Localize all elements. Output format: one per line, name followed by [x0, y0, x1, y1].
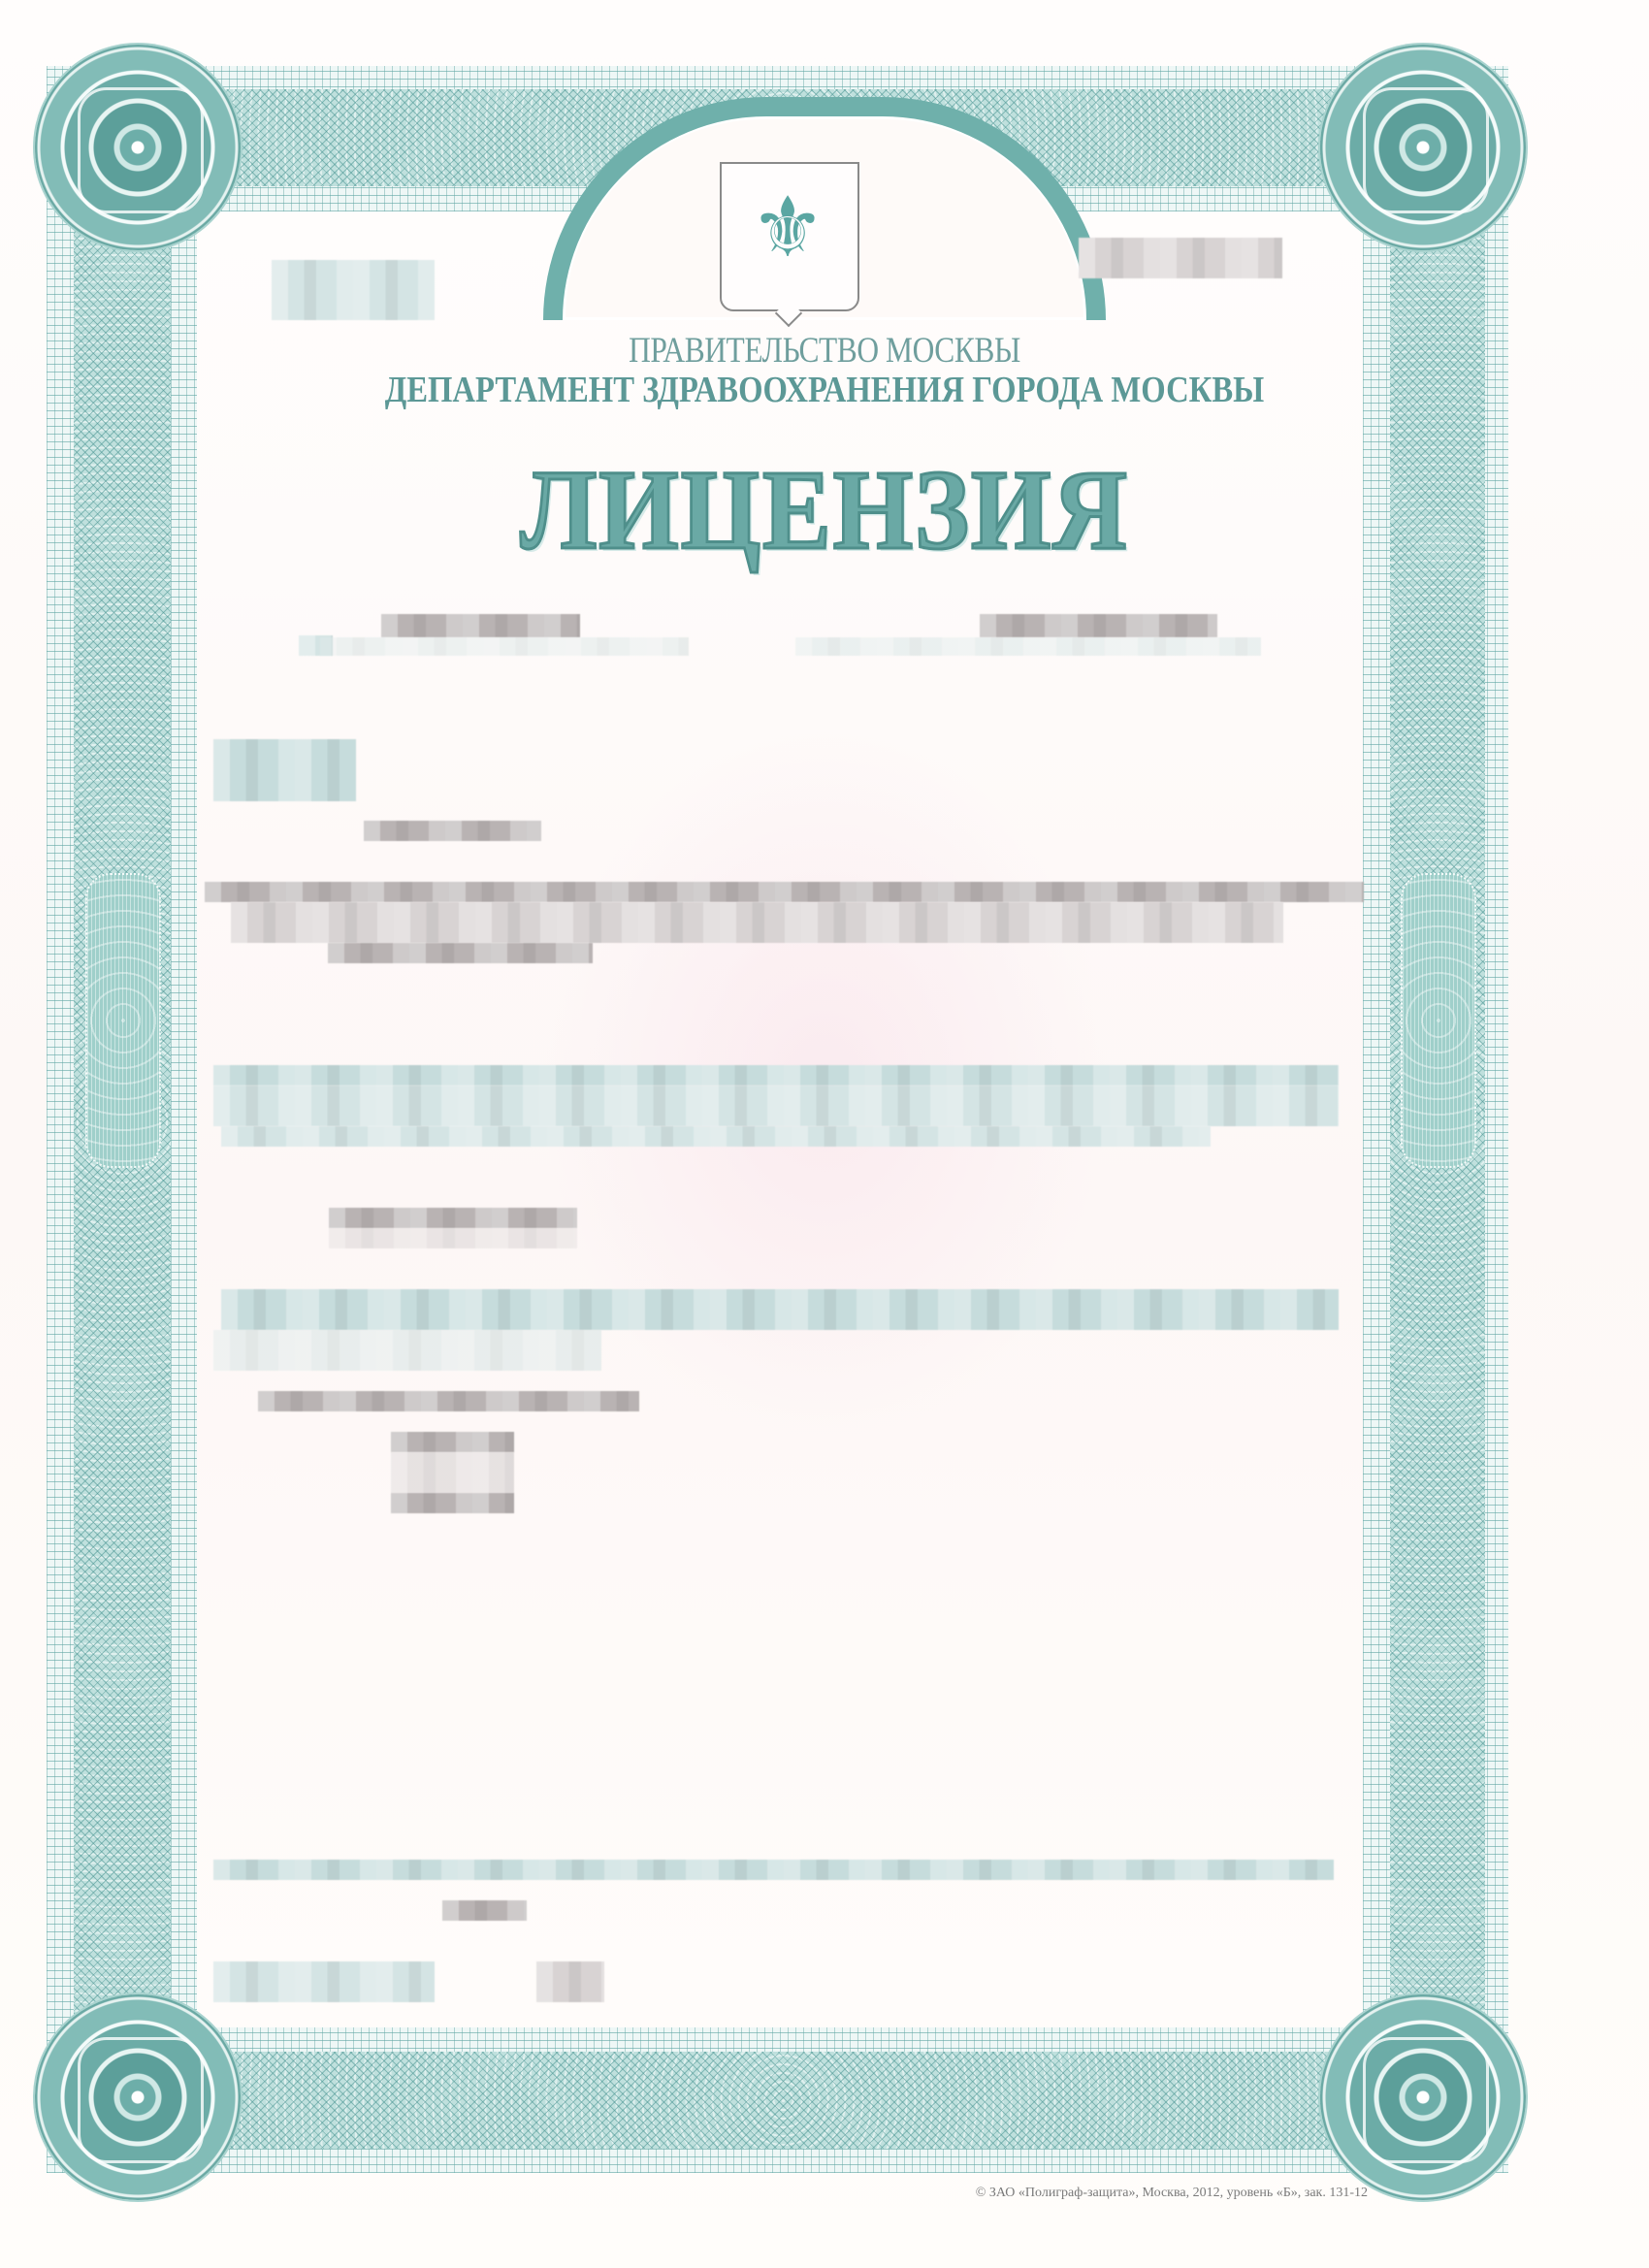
address-details-line-2: [329, 1228, 577, 1248]
double-headed-eagle-icon: ⚜: [741, 175, 834, 281]
corner-rosette-icon: [1320, 45, 1526, 250]
license-date-underline: [795, 637, 1261, 656]
corner-rosette-icon: [35, 1994, 241, 2200]
right-ornament-panel: [1401, 873, 1476, 1168]
activity-heading: [213, 739, 356, 801]
document-title: ЛИЦЕНЗИЯ: [82, 444, 1567, 576]
signatory-position: [213, 1961, 435, 2002]
inn-ogrn-line-2: [213, 1330, 601, 1371]
validity-line: [258, 1391, 639, 1411]
issuer-department: ДЕПАРТАМЕНТ ЗДРАВООХРАНЕНИЯ ГОРОДА МОСКВ…: [115, 369, 1534, 411]
license-number-underline: [320, 637, 689, 656]
corner-rosette-icon: [35, 45, 241, 250]
organization-details: [328, 943, 593, 963]
signatory-title: [213, 1860, 1334, 1880]
activity-subheading: [364, 821, 541, 841]
inn-ogrn-line: [221, 1289, 1339, 1330]
corner-rosette-icon: [1320, 1994, 1526, 2200]
license-date: [980, 614, 1217, 637]
codes-block-line-1: [391, 1432, 514, 1452]
license-page: ⚜ ПРАВИТЕЛЬСТВО МОСКВЫ ДЕПАРТАМЕНТ ЗДРАВ…: [0, 0, 1649, 2268]
address-details: [329, 1208, 577, 1228]
codes-block-line-3: [391, 1493, 514, 1513]
issuer-government: ПРАВИТЕЛЬСТВО МОСКВЫ: [124, 330, 1526, 372]
bottom-border-band: [68, 2052, 1499, 2149]
license-number: [381, 614, 580, 637]
series-code-top-left: [272, 260, 435, 320]
codes-block-line-2: [391, 1452, 514, 1493]
signatory-title-line-2: [442, 1900, 527, 1921]
address-heading: [213, 1065, 1339, 1085]
address-line-2: [213, 1085, 1339, 1126]
address-line-3: [221, 1126, 1211, 1147]
left-ornament-panel: [85, 873, 161, 1168]
printer-footnote: © ЗАО «Полиграф-защита», Москва, 2012, у…: [921, 2186, 1368, 2201]
signatory-name: [536, 1961, 604, 2002]
registration-number-top-right: [1079, 238, 1282, 278]
organization-name-line-1: [205, 882, 1364, 902]
organization-name-line-2: [231, 902, 1283, 943]
